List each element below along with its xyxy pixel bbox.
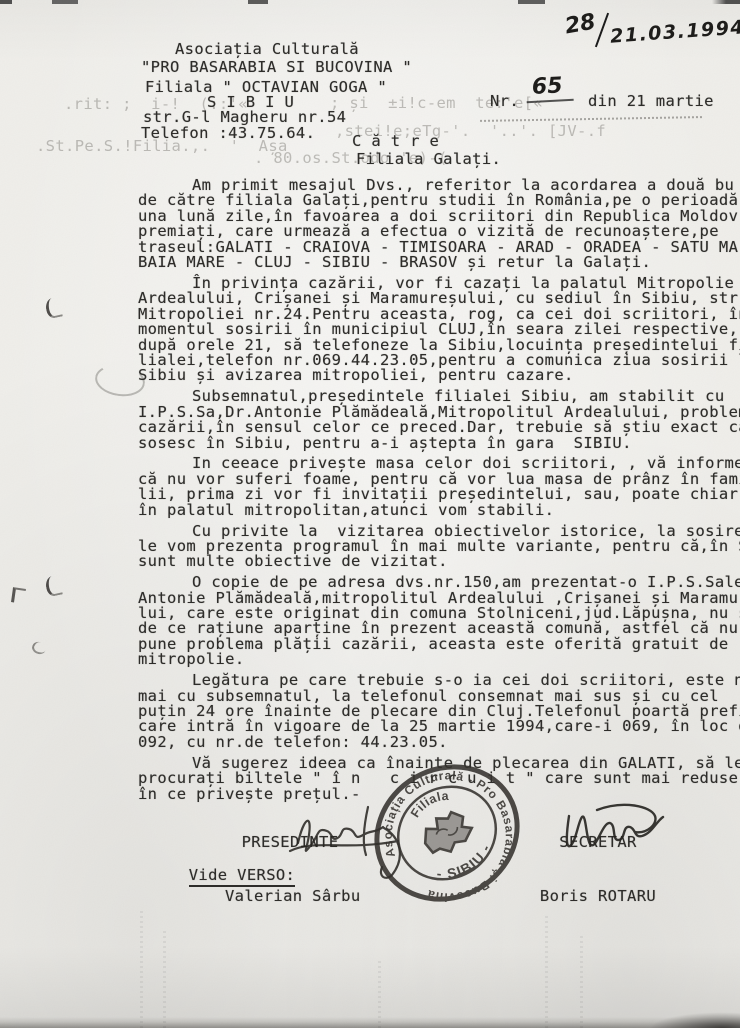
secretary-signature [555, 800, 670, 865]
scan-corner-blob [650, 1012, 740, 1028]
verso-note: Vide VERSO: [150, 848, 295, 902]
scan-streak [580, 933, 583, 1028]
smudge-mark [11, 587, 26, 604]
scan-streak [378, 958, 381, 1028]
verso-note-text: Vide VERSO: [189, 866, 296, 887]
paragraph: O copie de pe adresa dvs.nr.150,am preze… [138, 575, 740, 667]
salutation-to: C ă t r e [352, 132, 439, 150]
paragraph: În privința cazării, vor fi cazați la pa… [138, 276, 740, 384]
registry-number: 28 [563, 10, 598, 40]
recipient: Filiala Galați. [356, 150, 501, 168]
typed-line: sosesc în Sibiu, pentru a-i aștepta în g… [138, 436, 740, 451]
typed-line: BAIA MARE - CLUJ - SIBIU - BRASOV și ret… [138, 255, 740, 270]
paragraph: Cu privite la vizitarea obiectivelor ist… [138, 524, 740, 570]
date-value: 21.03.1994 [609, 16, 740, 47]
org-name-line1: Asociația Culturală [175, 40, 359, 58]
typed-line: sunt multe obiective de vizitat. [138, 554, 740, 569]
ref-number-label: Nr. [490, 92, 519, 110]
ghost-text: .St.Pe.S.!Filia.,. ' Așa [36, 137, 288, 155]
scan-bottom-smudge [0, 1017, 740, 1028]
org-name-line2: "PRO BASARABIA SI BUCOVINA " [141, 58, 412, 76]
paragraph: Am primit mesajul Dvs., referitor la aco… [138, 178, 740, 270]
typed-line: în palatul mitropolitan,atunci vom stabi… [138, 503, 740, 518]
letter-body: Am primit mesajul Dvs., referitor la aco… [138, 178, 740, 807]
handwritten-date: 28 21.03.1994 [565, 12, 740, 48]
scan-streak [163, 928, 166, 1028]
scan-top-edge-artifact [0, 0, 740, 4]
ref-date-suffix: din 21 martie [588, 92, 714, 110]
smudge-mark [30, 640, 47, 656]
scanned-letter-page: 28 21.03.1994 Asociația Culturală "PRO B… [0, 0, 740, 1028]
typed-line: Sibiu și avizarea mitropoliei, pentru ca… [138, 368, 740, 383]
paragraph: In ceeace privește masa celor doi scriit… [138, 456, 740, 518]
staple-mark [44, 575, 63, 598]
staple-mark [44, 297, 63, 320]
handwritten-ref-number: 65 [525, 73, 573, 103]
typed-line: mitropolie. [138, 652, 740, 667]
secretary-name: Boris ROTARU [538, 887, 658, 905]
scan-streak [140, 908, 143, 1028]
paragraph: Subsemnatul,președintele filialei Sibiu,… [138, 389, 740, 451]
organization-round-stamp: Asociația Culturală - Pro Basarabia și B… [352, 738, 542, 928]
